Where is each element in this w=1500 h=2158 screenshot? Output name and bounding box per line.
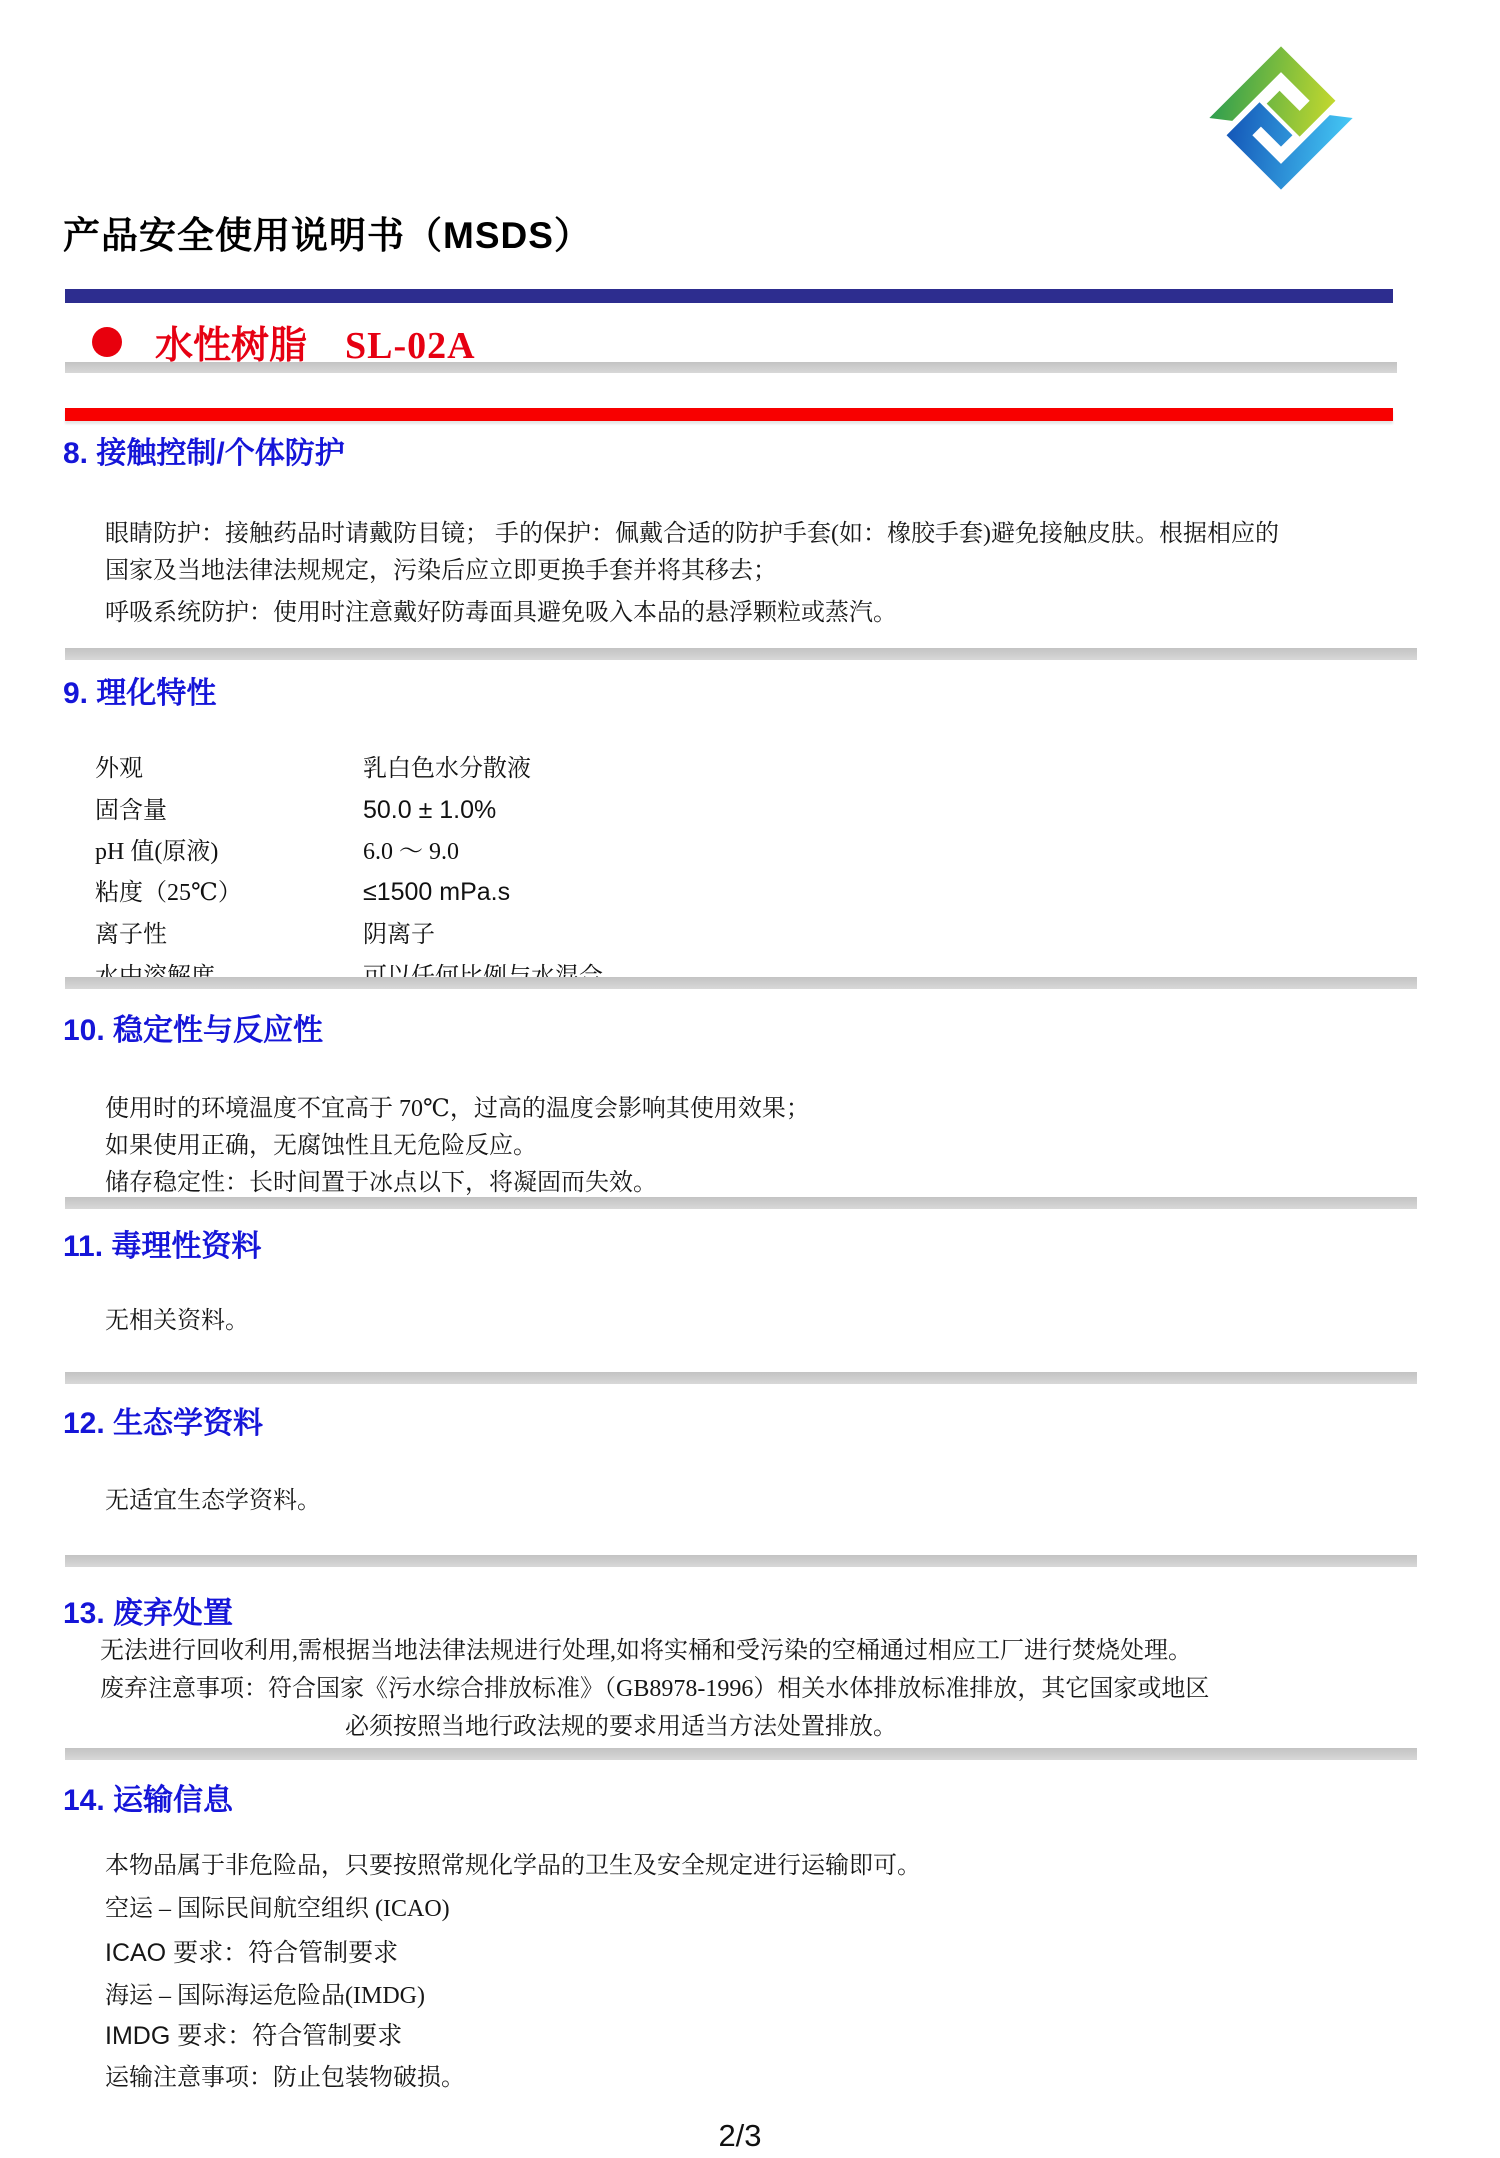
property-row: 离子性阴离子	[95, 914, 435, 949]
section-10-text-line: 如果使用正确，无腐蚀性且无危险反应。	[105, 1125, 537, 1160]
section-14-text-line: 运输注意事项：防止包装物破损。	[105, 2057, 465, 2092]
property-value: 50.0 ± 1.0%	[363, 796, 496, 825]
msds-document-page: 产品安全使用说明书（MSDS） 水性树脂SL-02A 8. 接触控制/个体防护 …	[0, 0, 1500, 2158]
section-13-text-line: 必须按照当地行政法规的要求用适当方法处置排放。	[345, 1706, 897, 1741]
section-12-heading: 12. 生态学资料	[63, 1398, 263, 1442]
section-11-heading: 11. 毒理性资料	[63, 1221, 261, 1265]
property-label: 粘度（25℃）	[95, 872, 363, 907]
document-title: 产品安全使用说明书（MSDS）	[63, 205, 592, 259]
gray-divider-bar	[65, 362, 1397, 373]
red-divider-bar	[65, 408, 1393, 421]
section-14-text-line: IMDG 要求：符合管制要求	[105, 2016, 402, 2052]
section-14-text-line: 空运 – 国际民间航空组织 (ICAO)	[105, 1888, 450, 1923]
section-13-text-line: 无法进行回收利用,需根据当地法律法规进行处理,如将实桶和受污染的空桶通过相应工厂…	[100, 1630, 1192, 1665]
property-label: pH 值(原液)	[95, 831, 363, 866]
property-row: pH 值(原液)6.0 ～ 9.0	[95, 831, 459, 866]
section-14-text-line: 海运 – 国际海运危险品(IMDG)	[105, 1975, 425, 2010]
gray-divider-bar	[65, 977, 1417, 989]
section-8-text-line: 国家及当地法律法规规定，污染后应立即更换手套并将其移去；	[105, 550, 777, 585]
section-14-heading: 14. 运输信息	[63, 1775, 233, 1819]
section-9-heading: 9. 理化特性	[63, 668, 216, 712]
property-label: 固含量	[95, 790, 363, 825]
section-8-heading: 8. 接触控制/个体防护	[63, 428, 345, 472]
section-13-heading: 13. 废弃处置	[63, 1588, 233, 1632]
gray-divider-bar	[65, 1372, 1417, 1384]
property-row: 外观乳白色水分散液	[95, 748, 531, 783]
property-row: 固含量50.0 ± 1.0%	[95, 790, 496, 825]
product-title: 水性树脂SL-02A	[155, 314, 476, 369]
section-8-text-line: 呼吸系统防护：使用时注意戴好防毒面具避免吸入本品的悬浮颗粒或蒸汽。	[105, 592, 897, 627]
gray-divider-bar	[65, 1748, 1417, 1760]
section-13-text-line: 废弃注意事项：符合国家《污水综合排放标准》（GB8978-1996）相关水体排放…	[100, 1668, 1209, 1703]
gray-divider-bar	[65, 1555, 1417, 1567]
section-11-text-line: 无相关资料。	[105, 1300, 249, 1335]
section-14-text-line: ICAO 要求：符合管制要求	[105, 1933, 398, 1969]
product-name: 水性树脂	[155, 325, 307, 367]
navy-divider-bar	[65, 289, 1393, 303]
gray-divider-bar	[65, 648, 1417, 660]
product-code: SL-02A	[345, 325, 476, 367]
section-14-text-line: 本物品属于非危险品，只要按照常规化学品的卫生及安全规定进行运输即可。	[105, 1845, 921, 1880]
section-10-text-line: 使用时的环境温度不宜高于 70℃，过高的温度会影响其使用效果；	[105, 1088, 810, 1123]
red-dot-bullet-icon	[92, 327, 122, 357]
property-value: 乳白色水分散液	[363, 748, 531, 783]
section-10-heading: 10. 稳定性与反应性	[63, 1005, 323, 1049]
section-12-text-line: 无适宜生态学资料。	[105, 1480, 321, 1515]
section-10-text-line: 储存稳定性：长时间置于冰点以下，将凝固而失效。	[105, 1162, 657, 1197]
property-label: 外观	[95, 748, 363, 783]
property-value: 6.0 ～ 9.0	[363, 831, 459, 866]
property-label: 离子性	[95, 914, 363, 949]
section-8-text-line: 眼睛防护：接触药品时请戴防目镜； 手的保护：佩戴合适的防护手套(如：橡胶手套)避…	[105, 513, 1279, 548]
property-row: 粘度（25℃）≤1500 mPa.s	[95, 872, 510, 907]
gray-divider-bar	[65, 1197, 1417, 1209]
company-logo-icon	[1205, 36, 1357, 200]
page-number: 2/3	[0, 2118, 1480, 2154]
property-value: 阴离子	[363, 914, 435, 949]
property-value: ≤1500 mPa.s	[363, 878, 510, 907]
